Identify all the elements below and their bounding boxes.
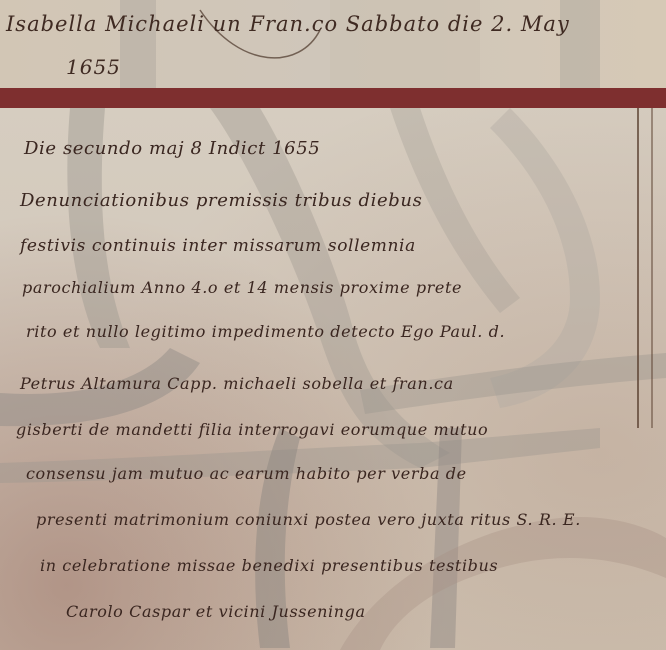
header-line-2: 1655	[66, 55, 121, 79]
manuscript-line-3: festivis continuis inter missarum sollem…	[20, 236, 416, 256]
manuscript-line-9: presenti matrimonium coniunxi postea ver…	[36, 510, 581, 529]
margin-rule-inner	[651, 108, 653, 428]
header-line-1: Isabella Michaeli un Fran.co Sabbato die…	[6, 12, 570, 36]
manuscript-line-2: Denunciationibus premissis tribus diebus	[20, 190, 422, 211]
manuscript-line-11: Carolo Caspar et vicini Jusseninga	[66, 602, 366, 621]
manuscript-line-10: in celebratione missae benedixi presenti…	[40, 556, 498, 575]
margin-rule-outer	[637, 108, 639, 428]
red-divider-band	[0, 88, 666, 108]
manuscript-body: Die secundo maj 8 Indict 1655 Denunciati…	[0, 108, 666, 650]
header-strip: Isabella Michaeli un Fran.co Sabbato die…	[0, 0, 666, 88]
manuscript-line-1: Die secundo maj 8 Indict 1655	[24, 138, 320, 159]
manuscript-line-5: rito et nullo legitimo impedimento detec…	[26, 322, 505, 341]
manuscript-line-6: Petrus Altamura Capp. michaeli sobella e…	[20, 374, 454, 393]
manuscript-line-8: consensu jam mutuo ac earum habito per v…	[26, 464, 467, 483]
manuscript-page: Isabella Michaeli un Fran.co Sabbato die…	[0, 0, 666, 650]
manuscript-line-4: parochialium Anno 4.o et 14 mensis proxi…	[22, 278, 462, 297]
manuscript-line-7: gisberti de mandetti filia interrogavi e…	[16, 420, 488, 439]
